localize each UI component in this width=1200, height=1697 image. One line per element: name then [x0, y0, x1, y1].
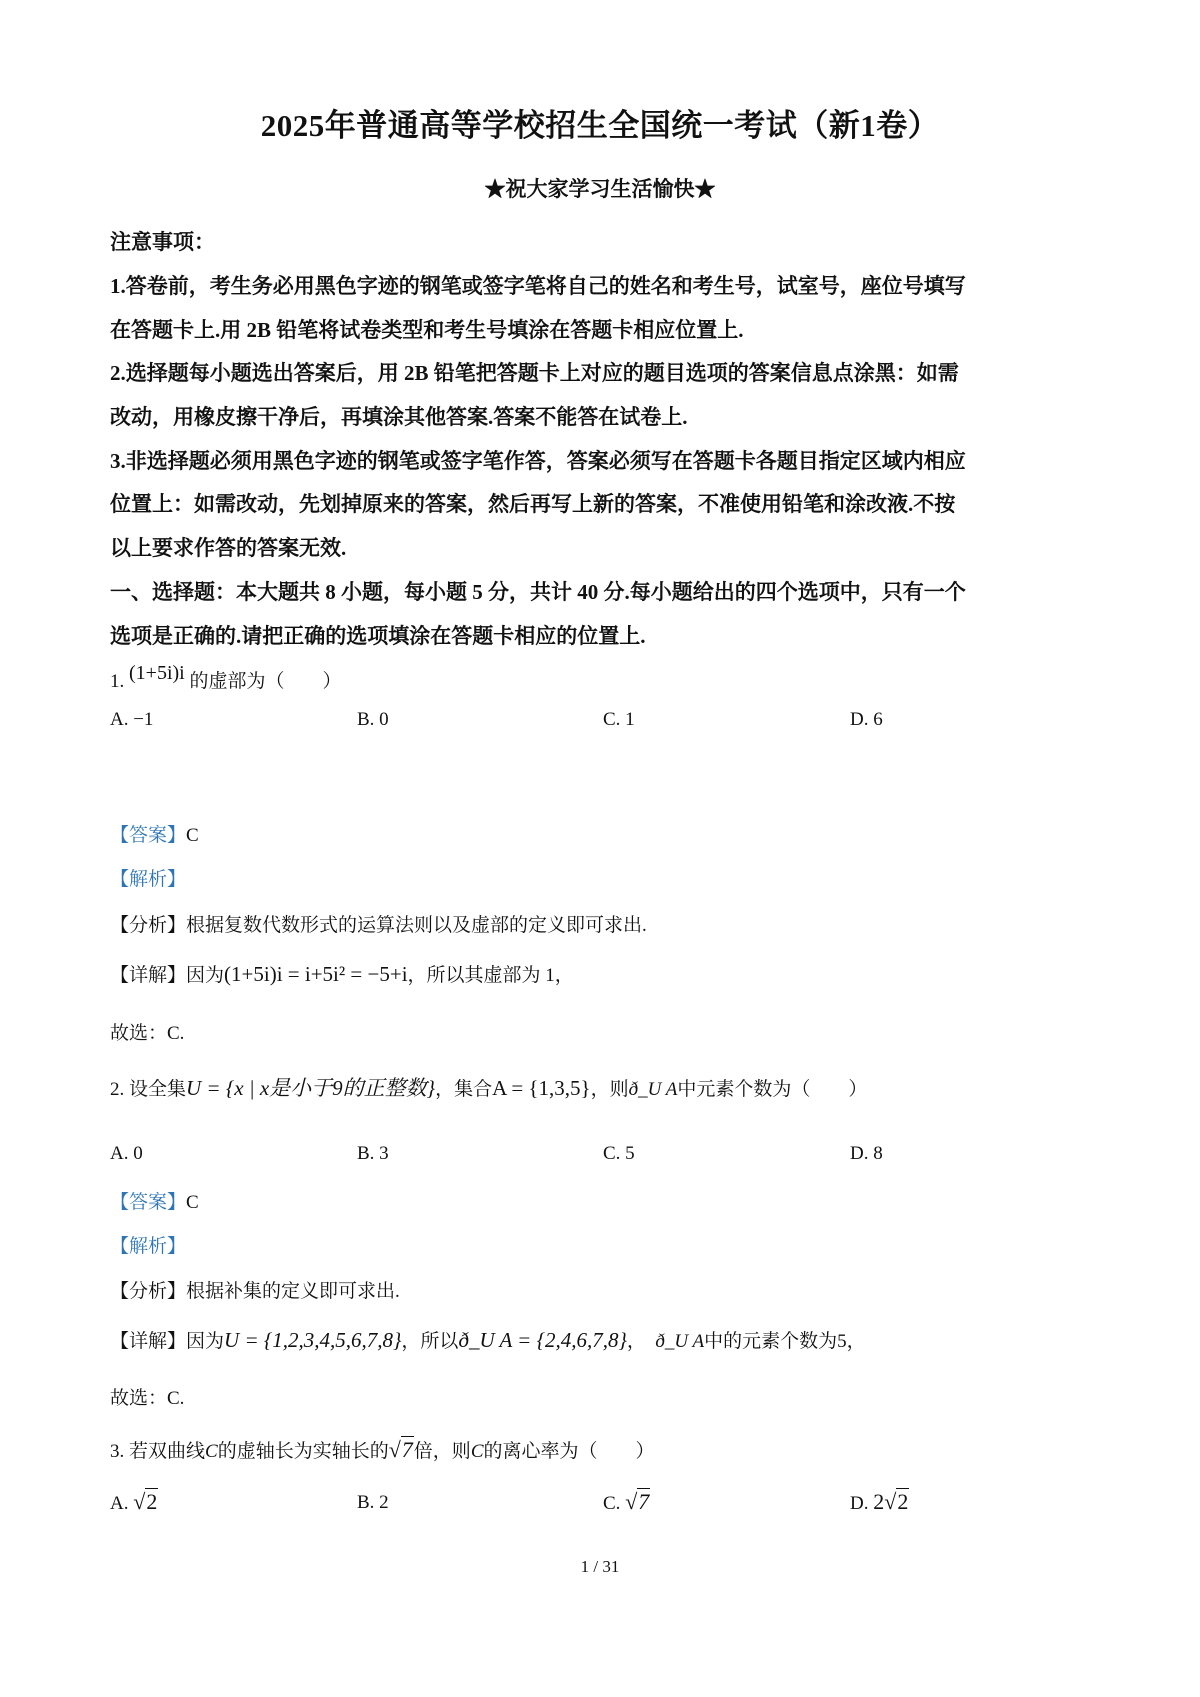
question-text: 倍，则: [414, 1441, 471, 1462]
option-label: D.: [850, 1493, 868, 1514]
option-b: B. 2: [357, 1492, 389, 1514]
option-label: A.: [110, 1493, 128, 1514]
math-expression: ð_U A = {2,4,6,7,8}: [458, 1328, 626, 1352]
count-value: 5: [837, 1331, 847, 1352]
notes-line: 改动，用橡皮擦干净后，再填涂其他答案.答案不能答在试卷上.: [110, 401, 1100, 431]
question-text: 中元素个数为（ ）: [677, 1079, 867, 1100]
answer-value: C: [186, 1192, 199, 1213]
math-expression: U = {1,2,3,4,5,6,7,8}: [224, 1328, 401, 1352]
option-a: A. 0: [110, 1143, 143, 1165]
analysis-label: 【解析】: [110, 1231, 186, 1258]
sqrt-expression: √7: [389, 1437, 414, 1463]
detail-text: 因为: [186, 965, 224, 986]
fenxi-label: 【分析】: [110, 1281, 186, 1302]
fenxi-label: 【分析】: [110, 915, 186, 936]
option-label: C.: [603, 1493, 620, 1514]
answer-value: C: [186, 825, 199, 846]
detail-text: 因为: [186, 1331, 224, 1352]
sqrt-expression: √2: [133, 1489, 158, 1515]
radicand: 7: [637, 1488, 650, 1514]
question-text: ，则: [591, 1079, 629, 1100]
option-a: A. √2: [110, 1489, 158, 1515]
detail-line: 【详解】因为U = {1,2,3,4,5,6,7,8}，所以ð_U A = {2…: [110, 1326, 866, 1353]
complement-symbol: ð_U A: [629, 1079, 678, 1100]
option-b: B. 0: [357, 709, 389, 731]
math-expression: U = {x | x是小于9的正整数}: [186, 1076, 435, 1100]
option-a: A. −1: [110, 709, 153, 731]
notes-line: 1.答卷前，考生务必用黑色字迹的钢笔或签字笔将自己的姓名和考生号，试室号，座位号…: [110, 270, 1100, 300]
detail-text: 中的元素个数为: [704, 1331, 837, 1352]
section-heading: 一、选择题：本大题共 8 小题，每小题 5 分，共计 40 分.每小题给出的四个…: [110, 576, 1100, 606]
option-d: D. 6: [850, 709, 883, 731]
page-number: 1 / 31: [0, 1557, 1200, 1577]
notes-line: 3.非选择题必须用黑色字迹的钢笔或签字笔作答，答案必须写在答题卡各题目指定区域内…: [110, 445, 1100, 475]
question-3-stem: 3. 若双曲线C的虚轴长为实轴长的√7倍，则C的离心率为（ ）: [110, 1436, 655, 1463]
detail-label: 【详解】: [110, 1331, 186, 1352]
question-text: 的离心率为（ ）: [484, 1441, 655, 1462]
fenxi-line: 【分析】根据复数代数形式的运算法则以及虚部的定义即可求出.: [110, 910, 647, 937]
option-b: B. 3: [357, 1143, 389, 1165]
notes-line: 在答题卡上.用 2B 铅笔将试卷类型和考生号填涂在答题卡相应位置上.: [110, 314, 1100, 344]
question-number: 3.: [110, 1441, 124, 1462]
fenxi-text: 根据补集的定义即可求出.: [186, 1281, 400, 1302]
math-expression: A = {1,3,5}: [492, 1076, 591, 1100]
question-text: 设全集: [129, 1079, 186, 1100]
analysis-label: 【解析】: [110, 864, 186, 891]
question-1-stem: 1. (1+5i)i 的虚部为（ ）: [110, 666, 341, 693]
question-text: ，集合: [435, 1079, 492, 1100]
section-heading: 选项是正确的.请把正确的选项填涂在答题卡相应的位置上.: [110, 620, 1100, 650]
question-number: 2.: [110, 1079, 124, 1100]
math-expression: (1+5i)i = i+5i² = −5+i: [224, 962, 408, 986]
complement-symbol: ð_U A: [655, 1331, 704, 1352]
notes-line: 2.选择题每小题选出答案后，用 2B 铅笔把答题卡上对应的题目选项的答案信息点涂…: [110, 357, 1100, 387]
detail-text: ，: [847, 1331, 866, 1352]
fenxi-line: 【分析】根据补集的定义即可求出.: [110, 1276, 400, 1303]
coefficient: 2: [873, 1489, 884, 1514]
option-d: D. 8: [850, 1143, 883, 1165]
notes-line: 位置上：如需改动，先划掉原来的答案，然后再写上新的答案，不准使用铅笔和涂改液.不…: [110, 488, 1100, 518]
question-text: 的虚轴长为实轴长的: [218, 1441, 389, 1462]
detail-text: ，所以: [401, 1331, 458, 1352]
notes-line: 以上要求作答的答案无效.: [110, 532, 1100, 562]
detail-text: ，: [627, 1331, 646, 1352]
sqrt-expression: √2: [884, 1489, 909, 1515]
option-c: C. 5: [603, 1143, 635, 1165]
answer-line: 【答案】C: [110, 1187, 199, 1214]
sqrt-expression: √7: [625, 1489, 650, 1515]
radicand: 2: [145, 1488, 158, 1514]
conclusion: 故选：C.: [110, 1383, 184, 1410]
page-subtitle: ★祝大家学习生活愉快★: [0, 173, 1200, 203]
page-title: 2025年普通高等学校招生全国统一考试（新1卷）: [0, 100, 1200, 145]
answer-line: 【答案】C: [110, 820, 199, 847]
fenxi-text: 根据复数代数形式的运算法则以及虚部的定义即可求出.: [186, 915, 647, 936]
option-c: C. √7: [603, 1489, 650, 1515]
conclusion: 故选：C.: [110, 1018, 184, 1045]
radicand: 7: [401, 1436, 414, 1462]
answer-label: 【答案】: [110, 1192, 186, 1213]
question-text: 若双曲线: [129, 1441, 205, 1462]
option-c: C. 1: [603, 709, 635, 731]
exam-page: 2025年普通高等学校招生全国统一考试（新1卷） ★祝大家学习生活愉快★ 注意事…: [0, 0, 1200, 1697]
radicand: 2: [896, 1488, 909, 1514]
detail-text: ，所以其虚部为 1，: [408, 965, 574, 986]
answer-label: 【答案】: [110, 825, 186, 846]
notes-heading: 注意事项：: [110, 226, 1100, 256]
math-expression: (1+5i)i: [129, 662, 185, 684]
question-text: 的虚部为（ ）: [189, 671, 341, 692]
variable-c: C: [471, 1441, 484, 1462]
detail-line: 【详解】因为(1+5i)i = i+5i² = −5+i，所以其虚部为 1，: [110, 960, 574, 987]
variable-c: C: [205, 1441, 218, 1462]
question-2-stem: 2. 设全集U = {x | x是小于9的正整数}，集合A = {1,3,5}，…: [110, 1072, 867, 1102]
question-number: 1.: [110, 671, 124, 692]
option-d: D. 2√2: [850, 1489, 909, 1515]
detail-label: 【详解】: [110, 965, 186, 986]
